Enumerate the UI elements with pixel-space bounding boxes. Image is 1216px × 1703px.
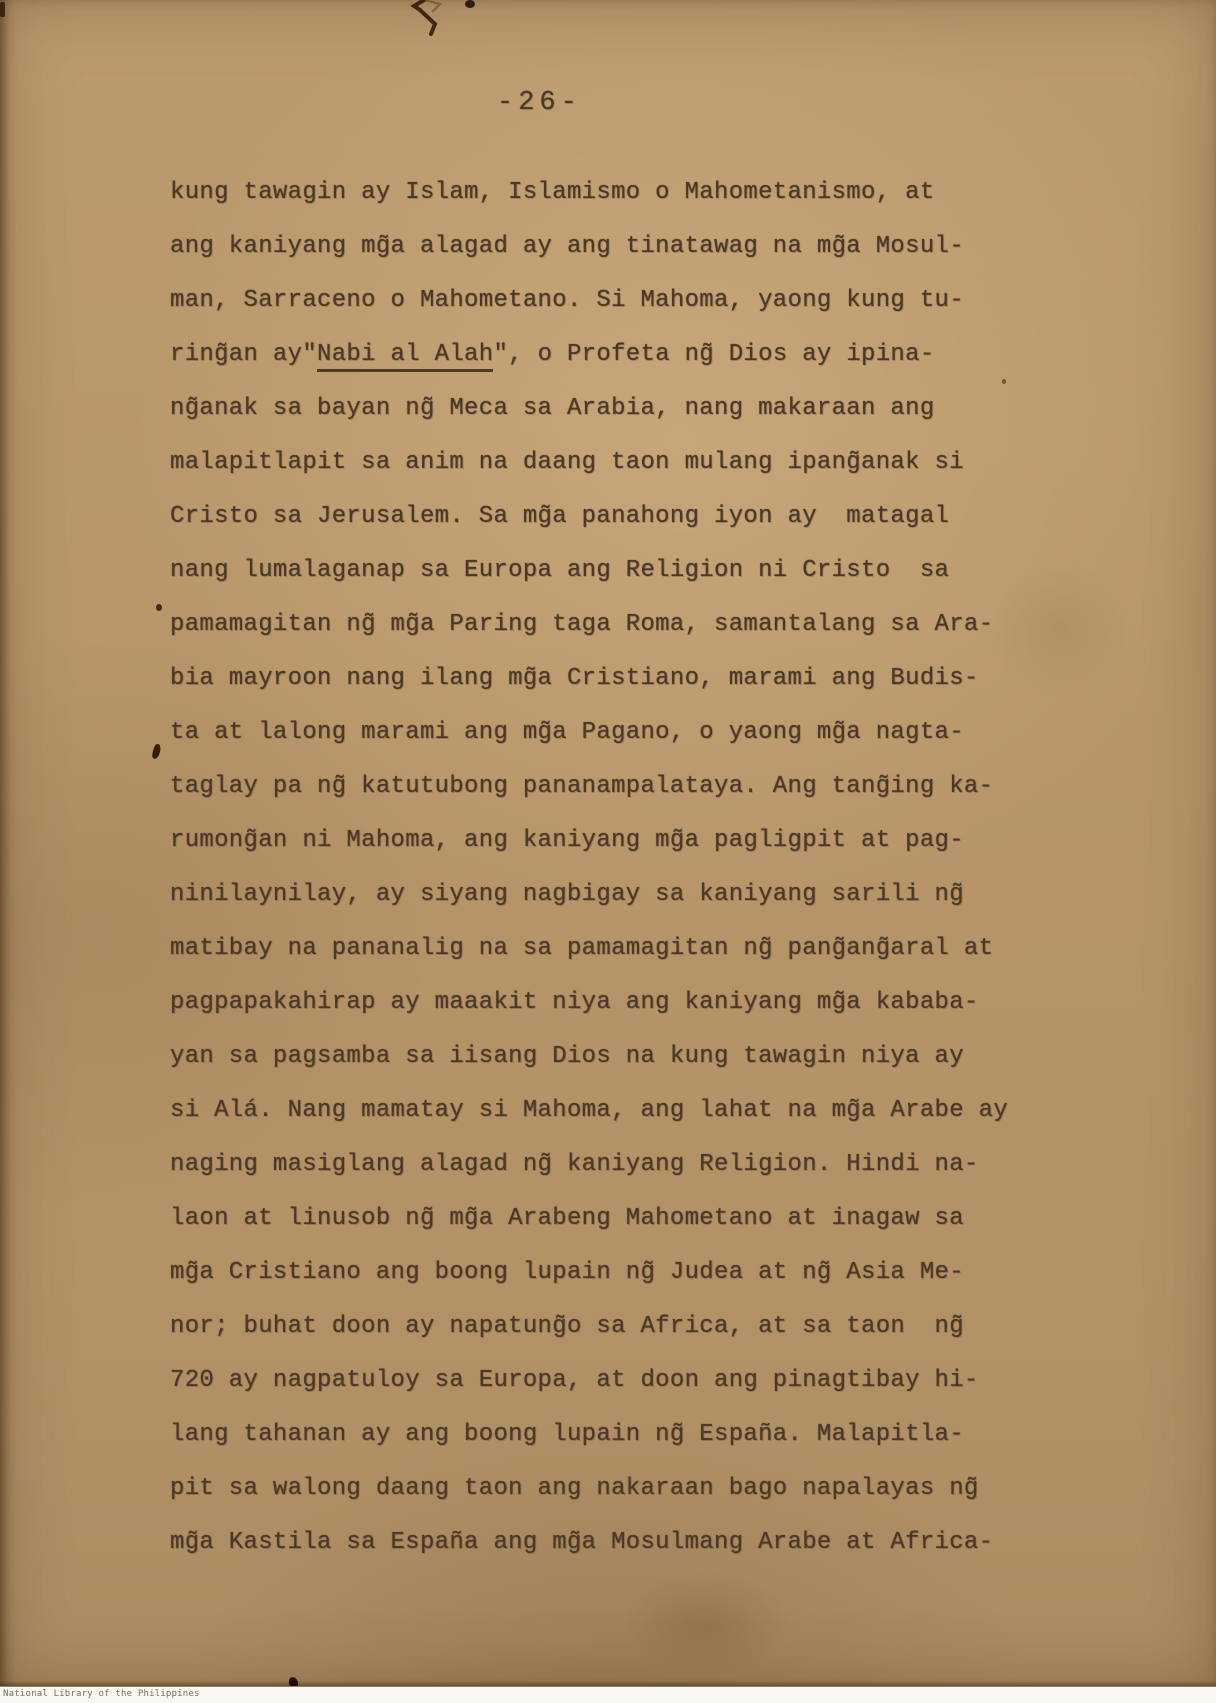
text-line: nor; buhat doon ay napatung̃o sa Africa,…	[170, 1300, 1070, 1354]
text-line: ring̃an ay"Nabi al Alah", o Profeta ng̃ …	[170, 328, 1070, 382]
page-number: -26-	[497, 88, 582, 118]
text-line: ng̃anak sa bayan ng̃ Meca sa Arabia, nan…	[170, 382, 1070, 436]
text-lines: kung tawagin ay Islam, Islamismo o Mahom…	[170, 166, 1070, 1570]
text-line: pamamagitan ng̃ mg̃a Paring taga Roma, s…	[170, 598, 1070, 652]
paper-stain	[620, 1570, 790, 1680]
corner-mark	[0, 2, 5, 17]
text-line: si Alá. Nang mamatay si Mahoma, ang laha…	[170, 1084, 1070, 1138]
ink-speck	[156, 604, 162, 611]
text-line: mg̃a Kastila sa España ang mg̃a Mosulman…	[170, 1516, 1070, 1570]
text-line: nang lumalaganap sa Europa ang Religion …	[170, 544, 1070, 598]
text-line: 720 ay nagpatuloy sa Europa, at doon ang…	[170, 1354, 1070, 1408]
underlined-phrase: Nabi al Alah	[317, 341, 493, 372]
text-line: lang tahanan ay ang boong lupain ng̃ Esp…	[170, 1408, 1070, 1462]
page-edge-shadow	[0, 0, 16, 1687]
text-line: yan sa pagsamba sa iisang Dios na kung t…	[170, 1030, 1070, 1084]
text-line: taglay pa ng̃ katutubong pananampalataya…	[170, 760, 1070, 814]
text-line: ta at lalong marami ang mg̃a Pagano, o y…	[170, 706, 1070, 760]
ink-speck	[151, 743, 161, 759]
text-line: rumong̃an ni Mahoma, ang kaniyang mg̃a p…	[170, 814, 1070, 868]
text-line: matibay na pananalig na sa pamamagitan n…	[170, 922, 1070, 976]
ink-speck	[1002, 379, 1006, 384]
line-segment: ring̃an ay"	[170, 341, 317, 368]
text-line: bia mayroon nang ilang mg̃a Cristiano, m…	[170, 652, 1070, 706]
paper-tear-icon	[380, 0, 510, 45]
line-segment: ", o Profeta ng̃ Dios ay ipina-	[493, 341, 934, 368]
watermark-text: National Library of the Philippines	[0, 1687, 1216, 1700]
text-line: naging masiglang alagad ng̃ kaniyang Rel…	[170, 1138, 1070, 1192]
paper-stain	[990, 560, 1130, 700]
text-line: pagpapakahirap ay maaakit niya ang kaniy…	[170, 976, 1070, 1030]
text-line: mg̃a Cristiano ang boong lupain ng̃ Jude…	[170, 1246, 1070, 1300]
text-line: pit sa walong daang taon ang nakaraan ba…	[170, 1462, 1070, 1516]
library-watermark-strip: National Library of the Philippines	[0, 1686, 1216, 1703]
text-line: man, Sarraceno o Mahometano. Si Mahoma, …	[170, 274, 1070, 328]
text-line: ang kaniyang mg̃a alagad ay ang tinatawa…	[170, 220, 1070, 274]
text-line: malapitlapit sa anim na daang taon mulan…	[170, 436, 1070, 490]
text-line: Cristo sa Jerusalem. Sa mg̃a panahong iy…	[170, 490, 1070, 544]
text-line: kung tawagin ay Islam, Islamismo o Mahom…	[170, 166, 1070, 220]
text-line: laon at linusob ng̃ mg̃a Arabeng Mahomet…	[170, 1192, 1070, 1246]
scanned-page: -26- kung tawagin ay Islam, Islamismo o …	[0, 0, 1216, 1687]
text-line: ninilaynilay, ay siyang nagbigay sa kani…	[170, 868, 1070, 922]
